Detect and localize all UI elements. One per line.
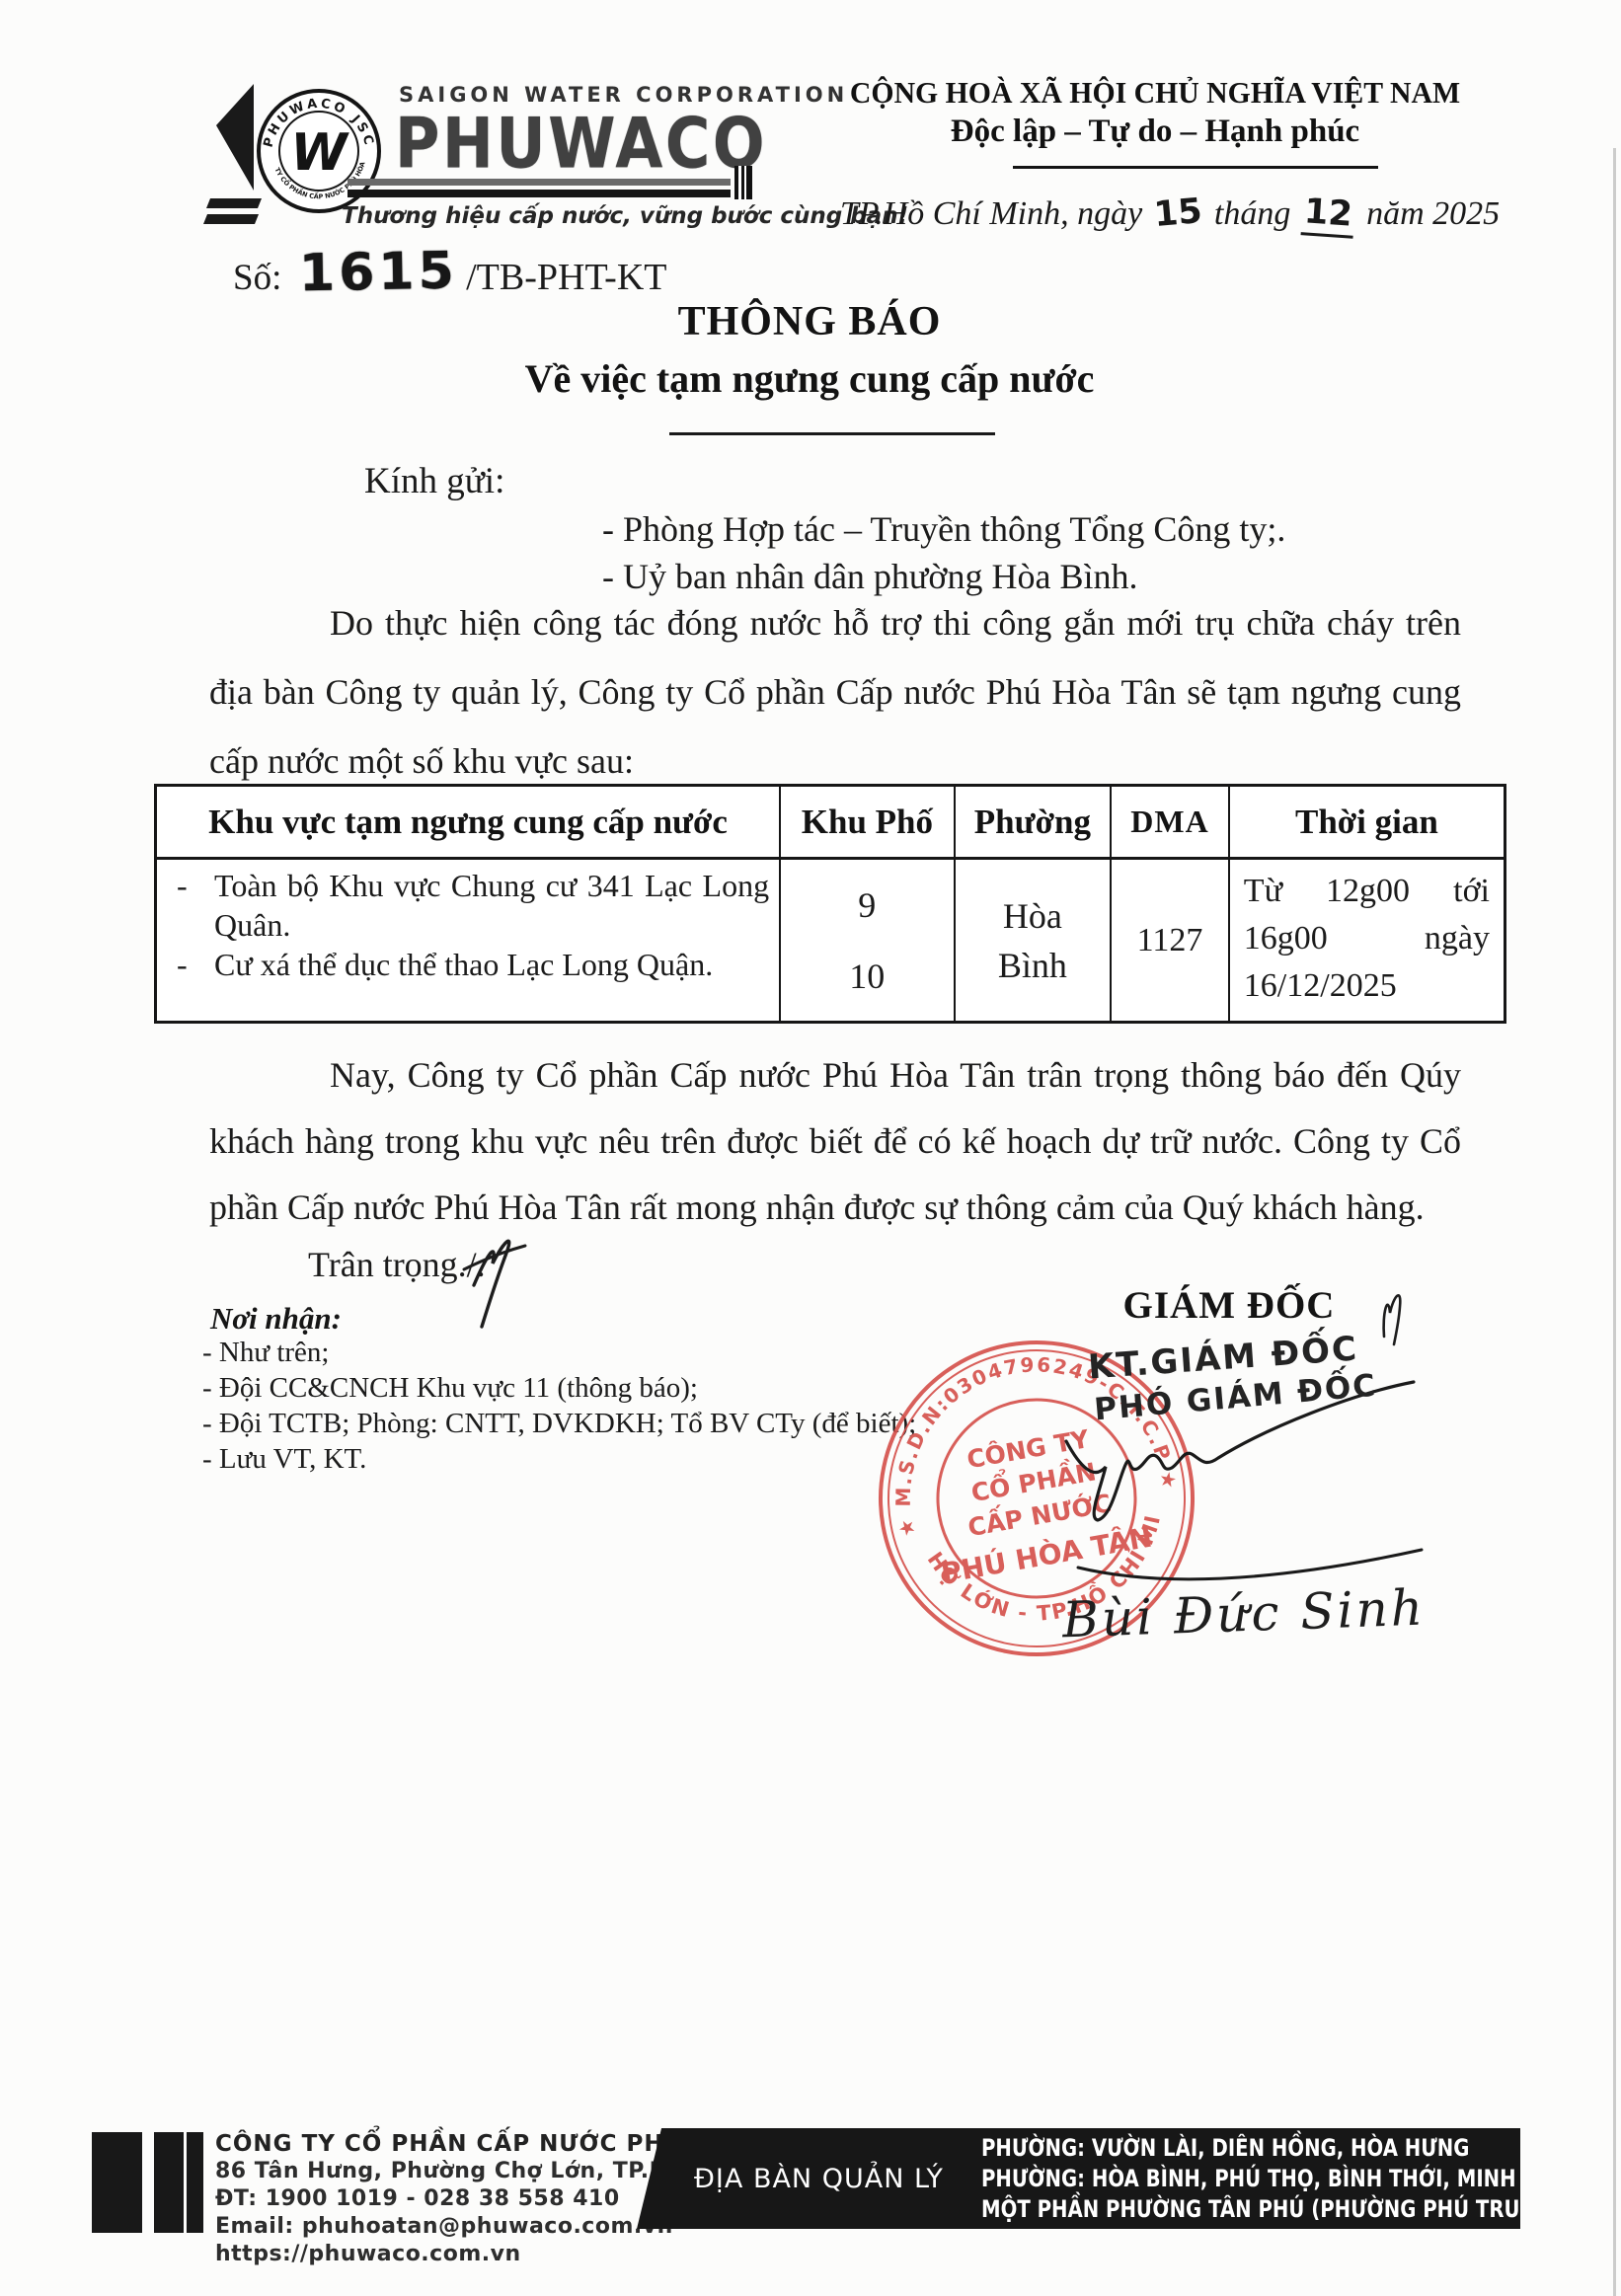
area-item: - Toàn bộ Khu vực Chung cư 341 Lạc Long … [171, 866, 769, 945]
date-line: TP.Hồ Chí Minh, ngày 15 tháng 12 năm 202… [819, 193, 1520, 237]
recipient-list: - Phòng Hợp tác – Truyền thông Tổng Công… [602, 505, 1285, 600]
cc-item: - Như trên; [202, 1335, 916, 1370]
title-pen-mark [1370, 1279, 1420, 1358]
cc-item: - Đội CC&CNCH Khu vực 11 (thông báo); [202, 1370, 916, 1406]
date-year: năm 2025 [1366, 195, 1500, 233]
document-title: THÔNG BÁO [494, 298, 1125, 345]
scan-edge-artifact [1613, 148, 1616, 2296]
table-header-row: Khu vực tạm ngưng cung cấp nước Khu Phố … [157, 787, 1504, 860]
area-item: - Cư xá thể dục thể thao Lạc Long Quận. [171, 945, 769, 984]
outage-table: Khu vực tạm ngưng cung cấp nước Khu Phố … [154, 784, 1506, 1024]
cell-time: Từ 12g00 tới 16g00 ngày 16/12/2025 [1230, 860, 1504, 1021]
handwritten-month: 12 [1301, 191, 1356, 239]
bullet-dash: - [171, 866, 214, 945]
body-paragraph-2: Nay, Công ty Cổ phần Cấp nước Phú Hòa Tâ… [209, 1042, 1461, 1241]
brand-underline-gray [347, 179, 731, 186]
ref-suffix: /TB-PHT-KT [466, 256, 666, 299]
col-header-area: Khu vực tạm ngưng cung cấp nước [157, 787, 781, 857]
col-header-phuong: Phường [956, 787, 1113, 857]
bullet-dash: - [171, 945, 214, 984]
cell-dma: 1127 [1112, 860, 1230, 1021]
date-prefix: TP.Hồ Chí Minh, ngày [840, 195, 1142, 233]
cell-phuong: Hòa Bình [956, 860, 1113, 1021]
logo-w-glyph: W [290, 123, 349, 183]
body-paragraph-1: Do thực hiện công tác đóng nước hỗ trợ t… [209, 588, 1461, 796]
service-area-banner: ĐỊA BÀN QUẢN LÝ PHƯỜNG: VƯỜN LÀI, DIÊN H… [637, 2128, 1520, 2229]
col-header-dma: DMA [1112, 787, 1230, 857]
handwritten-day: 15 [1153, 191, 1204, 235]
khu-pho-value: 9 [858, 884, 876, 926]
title-rule [669, 432, 995, 435]
banner-line: PHƯỜNG: HÒA BÌNH, PHÚ THỌ, BÌNH THỚI, MI… [981, 2164, 1601, 2194]
banner-label: ĐỊA BÀN QUẢN LÝ [637, 2164, 944, 2194]
cc-item: - Đội TCTB; Phòng: CNTT, DVKDKH; Tổ BV C… [202, 1406, 916, 1441]
reference-number-line: Số: 1615 /TB-PHT-KT [233, 243, 666, 302]
recipient-item: - Phòng Hợp tác – Truyền thông Tổng Công… [602, 505, 1285, 553]
col-header-khu-pho: Khu Phố [781, 787, 955, 857]
motto-rule [1013, 166, 1378, 169]
scanned-notice-document: { "header": { "logo": { "corp": "SAIGON … [0, 0, 1621, 2296]
banner-line: MỘT PHẦN PHƯỜNG TÂN PHÚ (PHƯỜNG PHÚ TRUN… [981, 2194, 1601, 2225]
banner-area-lines: PHƯỜNG: VƯỜN LÀI, DIÊN HỒNG, HÒA HƯNG PH… [981, 2133, 1601, 2225]
footer-bar-icon [187, 2132, 203, 2233]
col-header-time: Thời gian [1230, 787, 1504, 857]
cell-areas: - Toàn bộ Khu vực Chung cư 341 Lạc Long … [157, 860, 781, 1021]
area-text: Toàn bộ Khu vực Chung cư 341 Lạc Long Qu… [214, 866, 769, 945]
ref-stamped-number: 1615 [299, 242, 459, 304]
area-text: Cư xá thể dục thể thao Lạc Long Quận. [214, 945, 769, 984]
cc-label: Nơi nhận: [210, 1301, 342, 1337]
national-motto: Độc lập – Tự do – Hạnh phúc [810, 114, 1501, 150]
cc-item: - Lưu VT, KT. [202, 1441, 916, 1477]
ref-label: Số: [233, 257, 281, 299]
closing-pen-mark [446, 1224, 545, 1342]
cc-list: - Như trên; - Đội CC&CNCH Khu vực 11 (th… [202, 1335, 916, 1477]
salutation-label: Kính gửi: [364, 460, 504, 502]
brand-underline-endcap [734, 166, 752, 199]
footer-bar-icon [154, 2132, 184, 2233]
table-row: - Toàn bộ Khu vực Chung cư 341 Lạc Long … [157, 860, 1504, 1021]
date-month-word: tháng [1214, 195, 1290, 233]
national-title: CỘNG HOÀ XÃ HỘI CHỦ NGHĨA VIỆT NAM [823, 75, 1487, 111]
signer-title: GIÁM ĐỐC [1086, 1283, 1372, 1328]
brand-wordmark: PHUWACO [395, 103, 767, 184]
cell-khu-pho: 9 10 [781, 860, 955, 1021]
footer-bar-icon [92, 2132, 142, 2233]
brand-underline-black [347, 190, 731, 197]
khu-pho-value: 10 [849, 956, 885, 997]
document-subtitle: Về việc tạm ngưng cung cấp nước [395, 355, 1224, 402]
banner-line: PHƯỜNG: VƯỜN LÀI, DIÊN HỒNG, HÒA HƯNG [981, 2133, 1601, 2164]
footer-website: https://phuwaco.com.vn [215, 2241, 812, 2268]
